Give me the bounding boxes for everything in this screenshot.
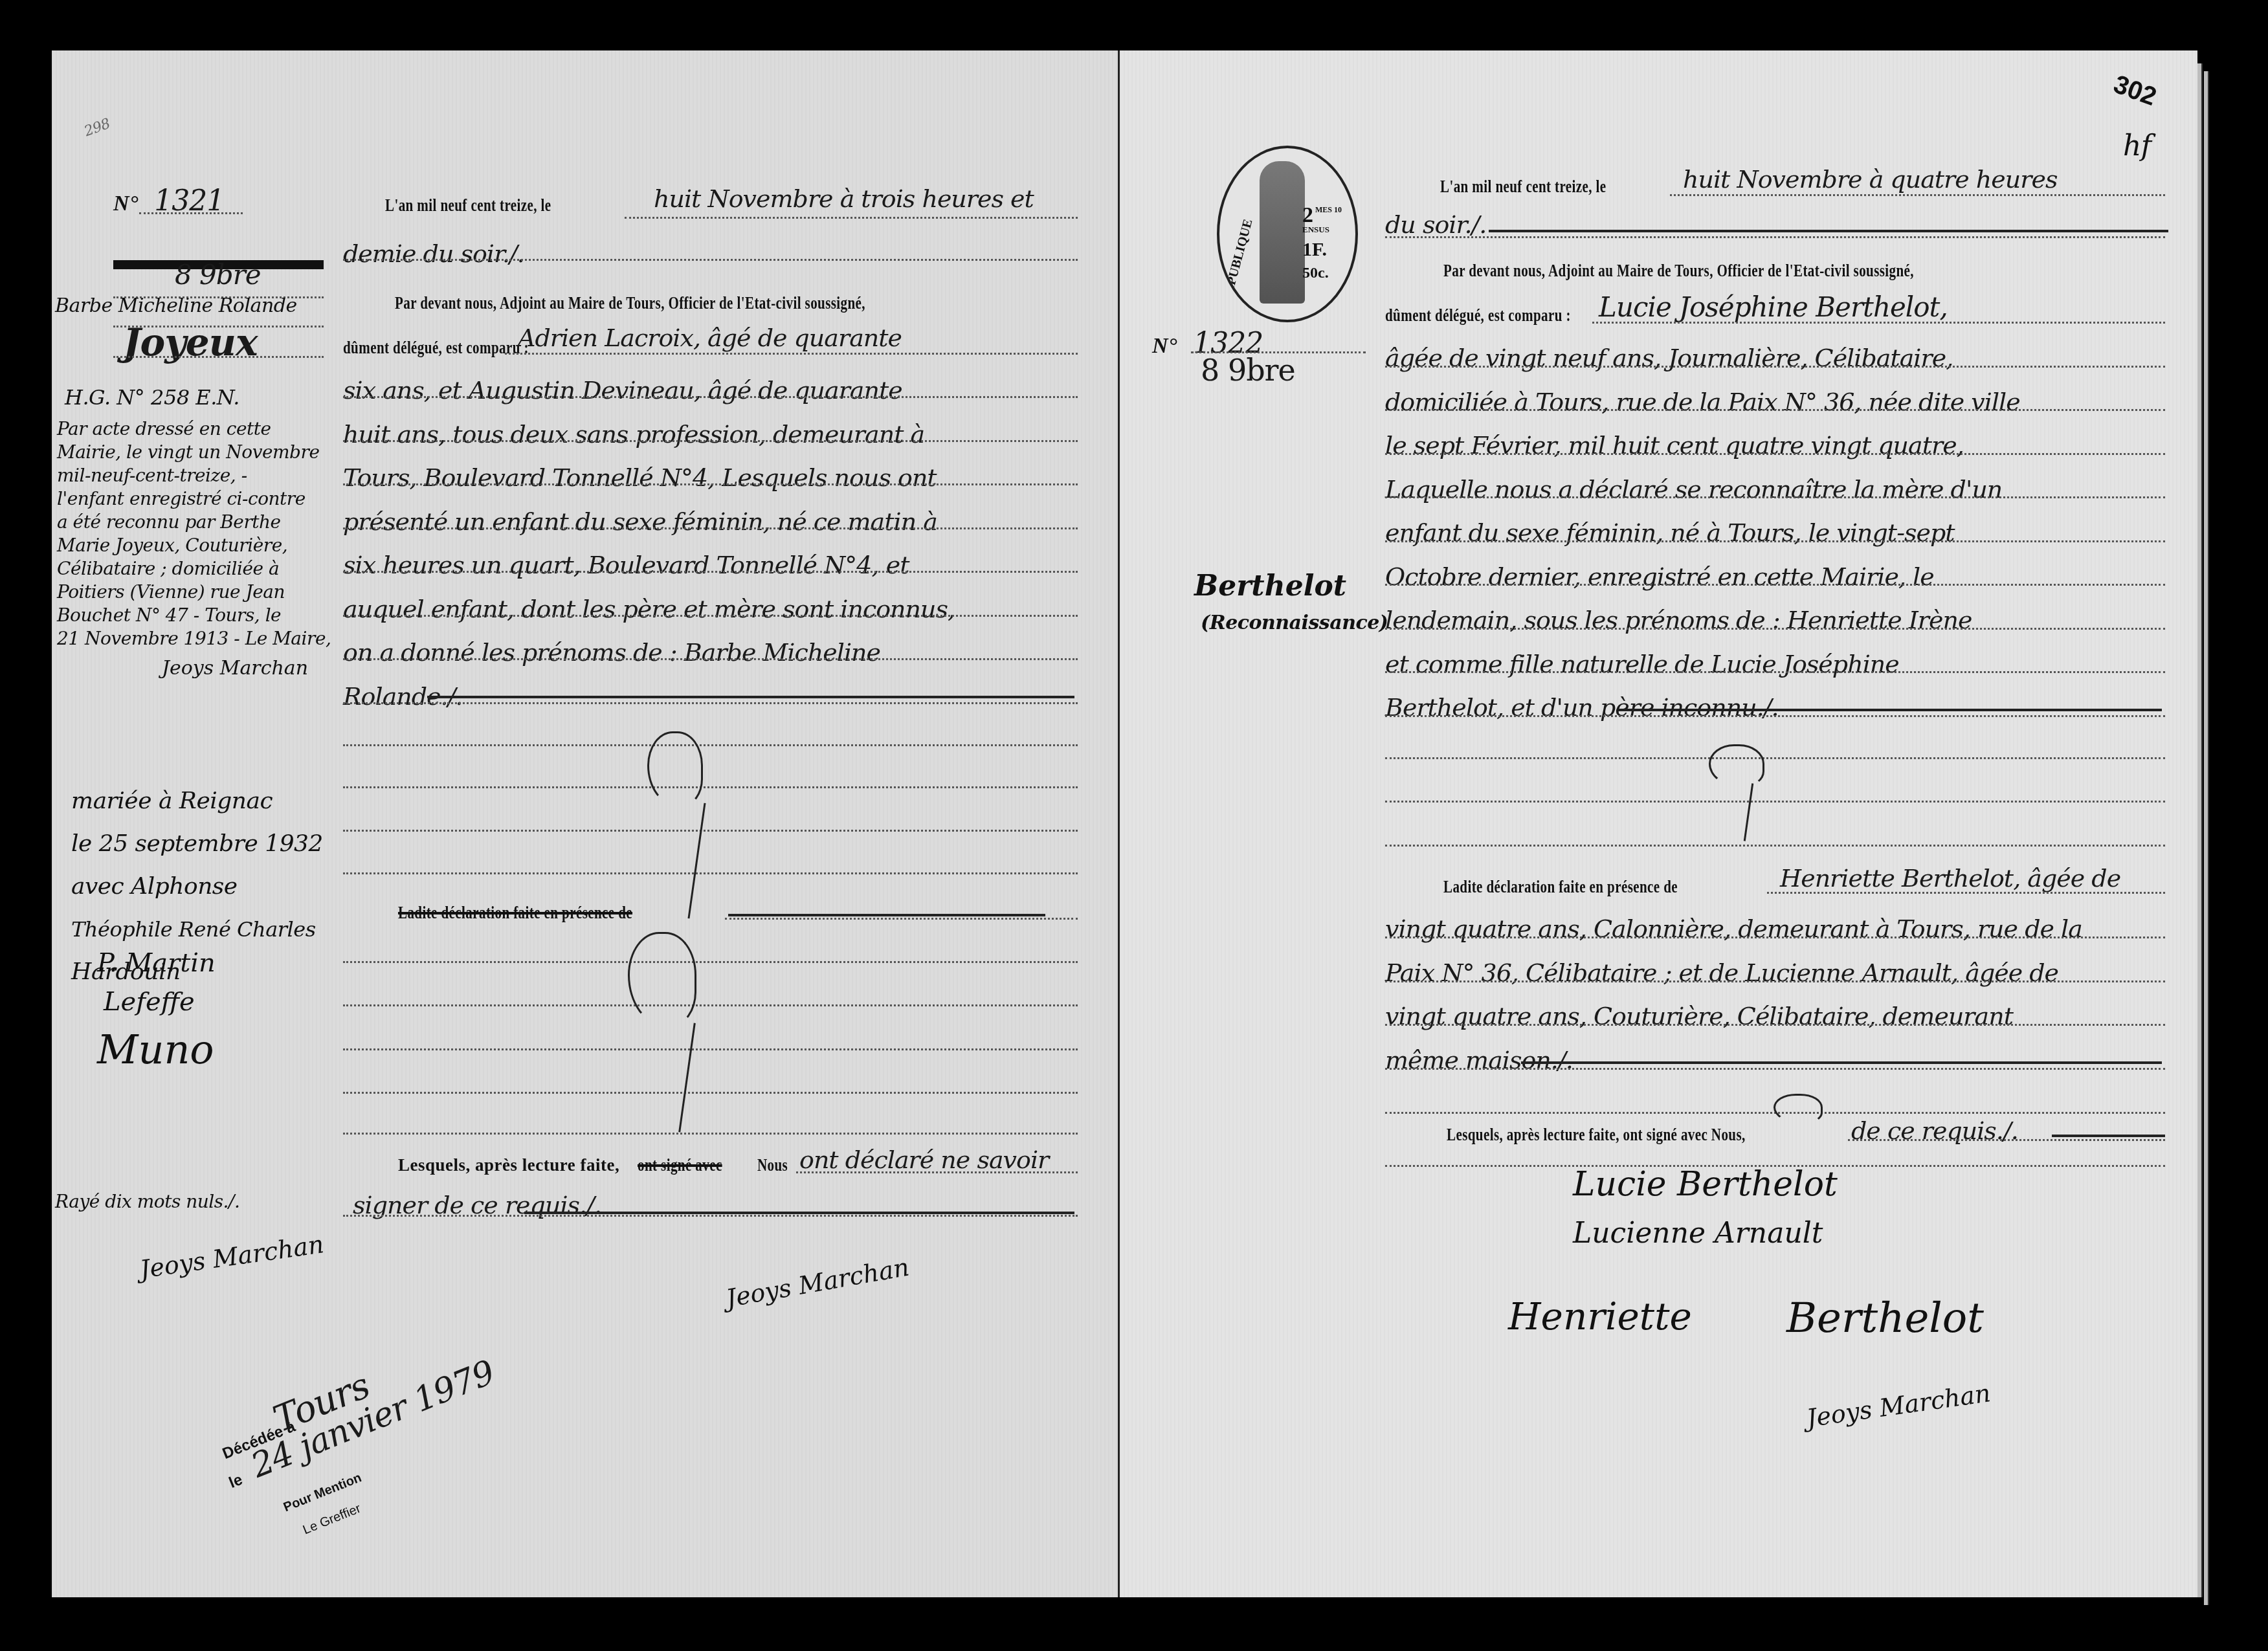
- signed-print: Lesquels, après lecture faite, ont signé…: [1447, 1125, 1746, 1145]
- note-line: l'enfant enregistré ci-contre: [57, 487, 331, 511]
- recognition-note-signature: Jeoys Marchan: [162, 657, 308, 680]
- rule: [1385, 540, 2165, 542]
- rule: [1848, 1139, 2165, 1141]
- signed-print: Lesquels, après lecture faite,: [398, 1155, 619, 1175]
- fiscal-stamp: RÉPUBLIQUE 2 MES 10 ENSUS 1F. 50c. FRANÇ…: [1217, 146, 1358, 322]
- rule: [139, 212, 243, 214]
- rule: [343, 440, 1078, 442]
- body-line: domiciliée à Tours, rue de la Paix N° 36…: [1385, 381, 2020, 425]
- rule: [1385, 1024, 2165, 1026]
- margin-given-names: Barbe Micheline Rolande: [55, 294, 297, 317]
- stamp-value-bottom: 1F.: [1302, 239, 1327, 261]
- closing-stroke: [2052, 1135, 2165, 1137]
- rule: [1385, 584, 2165, 586]
- rule: [343, 1133, 1078, 1135]
- body-line: et comme fille naturelle de Lucie Joséph…: [1385, 643, 2020, 687]
- rule: [343, 830, 1078, 832]
- rule: [343, 571, 1078, 573]
- act-time-hand: demie du soir./.: [343, 239, 524, 268]
- signed-hand: ont déclaré ne savoir: [799, 1146, 1049, 1174]
- rule: [1385, 715, 2165, 717]
- book-gutter: [1118, 50, 1120, 1597]
- body-line: Laquelle nous a déclaré se reconnaître l…: [1385, 468, 2020, 512]
- rule: [1385, 628, 2165, 630]
- rule: [343, 615, 1078, 617]
- note-line: Bouchet N° 47 - Tours, le: [57, 604, 331, 627]
- witness-line: vingt quatre ans, Calonnière, demeurant …: [1385, 907, 2082, 951]
- rule: [1385, 845, 2165, 847]
- rule: [343, 744, 1078, 746]
- rule: [1385, 453, 2165, 455]
- body-line: âgée de vingt neuf ans, Journalière, Cél…: [1385, 337, 2020, 381]
- body-line: auquel enfant, dont les père et mère son…: [343, 588, 955, 632]
- act-opening-print: L'an mil neuf cent treize, le: [385, 195, 551, 216]
- rule: [505, 353, 1078, 355]
- closing-stroke: [1489, 230, 2168, 232]
- cancellation-signature: Muno: [97, 1026, 214, 1073]
- note-line: Théophile René Charles: [71, 908, 323, 951]
- stamp-value-sub: 50c.: [1302, 265, 1329, 282]
- closing-stroke: [524, 1212, 1074, 1214]
- act-date-margin: 8 9bre: [175, 259, 261, 291]
- rule: [1385, 936, 2165, 938]
- signed-print-nous: Nous: [757, 1155, 788, 1175]
- body-line: présenté un enfant du sexe féminin, né c…: [343, 500, 955, 544]
- rule: [1385, 671, 2165, 673]
- witness-line: vingt quatre ans, Couturière, Célibatair…: [1385, 995, 2082, 1039]
- margin-act-type: (Reconnaissance): [1201, 612, 1388, 634]
- rule: [343, 259, 1078, 261]
- witnesses-1322: vingt quatre ans, Calonnière, demeurant …: [1385, 907, 2082, 1082]
- presence-print: Ladite déclaration faite en présence de: [1443, 877, 1678, 897]
- presence-print-struck: Ladite déclaration faite en présence de: [398, 903, 632, 923]
- closing-stroke: [728, 914, 1045, 916]
- act-body-1321: six ans, et Augustin Devineau, âgé de qu…: [343, 369, 955, 718]
- closing-stroke: [1618, 709, 2162, 711]
- rule: [1385, 757, 2165, 759]
- page-stack-edge: [2204, 71, 2209, 1605]
- note-line: le 25 septembre 1932: [71, 823, 323, 865]
- act-date-margin: 8 9bre: [1201, 353, 1295, 388]
- closing-stroke: [1521, 1061, 2162, 1064]
- rule: [343, 1215, 1078, 1217]
- comparu-hand: Lucie Joséphine Berthelot,: [1599, 291, 1948, 323]
- act-opening-print: L'an mil neuf cent treize, le: [1440, 177, 1606, 197]
- rule: [1670, 194, 2165, 196]
- rule: [343, 961, 1078, 963]
- act-time-hand: du soir./.: [1385, 210, 1486, 239]
- body-line: le sept Février, mil huit cent quatre vi…: [1385, 424, 2020, 468]
- comparu-print: dûment délégué, est comparu :: [343, 338, 529, 358]
- page-stack-edge: [2197, 63, 2203, 1597]
- marriage-signature-1: P. Martin: [97, 948, 216, 978]
- body-line: Tours, Boulevard Tonnellé N°4, Lesquels …: [343, 456, 955, 500]
- signed-line-1321: Lesquels, après lecture faite,: [398, 1155, 619, 1175]
- rule: [1592, 322, 2165, 324]
- note-line: Marie Joyeux, Couturière,: [57, 534, 331, 557]
- number-label: N°: [113, 192, 139, 216]
- rule: [1385, 981, 2165, 982]
- act-date-hand: huit Novembre à quatre heures: [1683, 165, 2057, 194]
- rule: [343, 872, 1078, 874]
- body-line: lendemain, sous les prénoms de : Henriet…: [1385, 599, 2020, 643]
- rule: [1385, 801, 2165, 803]
- stamp-value-sup: MES 10: [1315, 205, 1342, 215]
- presence-hand: Henriette Berthelot, âgée de: [1780, 864, 2120, 892]
- comparu-print: dûment délégué, est comparu :: [1385, 305, 1571, 326]
- note-line: mil-neuf-cent-treize, -: [57, 464, 331, 487]
- rule: [625, 217, 1078, 219]
- rule: [343, 658, 1078, 660]
- stamp-value-mid: ENSUS: [1302, 225, 1329, 235]
- rule: [1385, 1068, 2165, 1070]
- rule: [343, 396, 1078, 398]
- body-line: on a donné les prénoms de : Barbe Michel…: [343, 631, 955, 675]
- rule: [796, 1171, 1078, 1173]
- note-line: Mairie, le vingt un Novembre: [57, 441, 331, 464]
- rule: [343, 483, 1078, 485]
- rule: [113, 356, 324, 358]
- marianne-figure-icon: [1260, 161, 1305, 304]
- note-line: 21 Novembre 1913 - Le Maire,: [57, 627, 331, 650]
- officer-paragraph: Par devant nous, Adjoint au Maire de Tou…: [1443, 261, 1914, 281]
- rule: [1385, 366, 2165, 368]
- body-line: six heures un quart, Boulevard Tonnellé …: [343, 544, 955, 588]
- rule: [343, 1004, 1078, 1006]
- witness-line: même maison./.: [1385, 1039, 2082, 1083]
- note-line: avec Alphonse: [71, 865, 323, 908]
- note-line: Célibataire ; domiciliée à: [57, 557, 331, 581]
- note-line: Par acte dressé en cette: [57, 417, 331, 441]
- rule: [1385, 236, 2165, 238]
- margin-note-recognition: Par acte dressé en cette Mairie, le ving…: [57, 417, 331, 650]
- signature-lucienne-arnault: Lucienne Arnault: [1573, 1217, 1823, 1250]
- rule: [343, 527, 1078, 529]
- rule: [343, 1092, 1078, 1094]
- body-line: Berthelot, et d'un père inconnu./.: [1385, 686, 2020, 730]
- body-line: six ans, et Augustin Devineau, âgé de qu…: [343, 369, 955, 413]
- corner-initials: hf: [2123, 129, 2151, 162]
- signature-henriette: Henriette: [1508, 1294, 1692, 1338]
- closing-stroke: [427, 696, 1074, 698]
- rule: [343, 1048, 1078, 1050]
- body-line: enfant du sexe féminin, né à Tours, le v…: [1385, 511, 2020, 555]
- officer-paragraph: Par devant nous, Adjoint au Maire de Tou…: [395, 293, 865, 313]
- number-label: N°: [1152, 334, 1177, 358]
- note-line: Poitiers (Vienne) rue Jean: [57, 581, 331, 604]
- margin-surname: Berthelot: [1194, 570, 1346, 603]
- marriage-signature-2: Lefeffe: [104, 987, 195, 1017]
- erasures-note: Rayé dix mots nuls./.: [55, 1191, 239, 1212]
- signed-print-struck: ont signé avec: [638, 1155, 722, 1175]
- body-line: huit ans, tous deux sans profession, dem…: [343, 413, 955, 457]
- witness-line: Paix N° 36, Célibataire ; et de Lucienne…: [1385, 951, 2082, 995]
- body-line: Octobre dernier, enregistré en cette Mai…: [1385, 555, 2020, 599]
- signature-berthelot: Berthelot: [1786, 1294, 1984, 1342]
- rule: [725, 918, 1078, 920]
- note-line: a été reconnu par Berthe: [57, 511, 331, 534]
- act-date-hand: huit Novembre à trois heures et: [654, 184, 1034, 213]
- margin-note-reference: H.G. N° 258 E.N.: [65, 385, 239, 410]
- rule: [1385, 496, 2165, 498]
- rule: [1767, 892, 2165, 894]
- signature-lucie-berthelot: Lucie Berthelot: [1573, 1165, 1838, 1204]
- rule: [343, 786, 1078, 788]
- comparu-hand: Adrien Lacroix, âgé de quarante: [518, 324, 902, 352]
- rule: [1385, 409, 2165, 411]
- stamp-republique: RÉPUBLIQUE: [1219, 217, 1256, 304]
- note-line: mariée à Reignac: [71, 780, 323, 823]
- rule: [343, 702, 1078, 704]
